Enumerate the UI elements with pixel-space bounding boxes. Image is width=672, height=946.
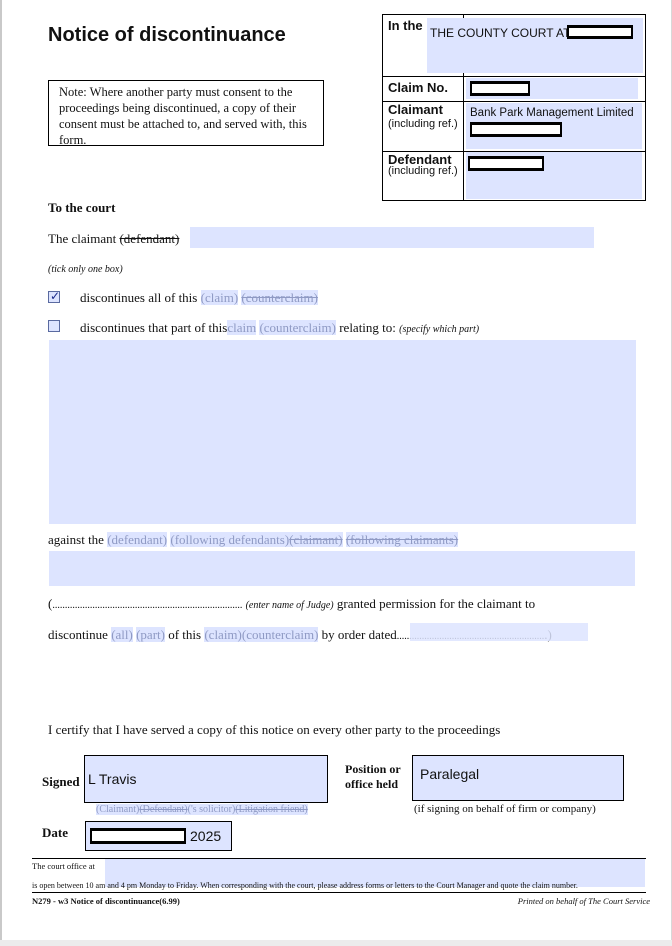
footer-rule-2 (32, 892, 646, 893)
printed-on-behalf: Printed on behalf of The Court Service (518, 896, 650, 906)
discontinue-all-option[interactable]: (all) (111, 627, 133, 642)
claim-no-label: Claim No. (388, 80, 448, 95)
signer-roles: (Claimant)(Defendant)('s solicitor)(Liti… (96, 804, 308, 815)
granted-text: granted permission for the claimant to (337, 596, 535, 611)
role-defendant[interactable]: (Defendant) (139, 804, 187, 815)
position-field[interactable]: Paralegal (412, 755, 624, 801)
signed-label: Signed (42, 774, 80, 790)
option-part-text: discontinues that part of this (80, 320, 227, 335)
consent-note: Note: Where another party must consent t… (48, 80, 324, 146)
date-label: Date (42, 825, 68, 841)
to-the-court-heading: To the court (48, 200, 115, 216)
position-label-line1: Position or (345, 762, 401, 777)
order-date-field[interactable] (410, 623, 588, 641)
date-year: 2025 (190, 828, 221, 844)
option-all-line: discontinues all of this (claim) (counte… (80, 290, 318, 306)
by-order-text: by order dated (322, 627, 397, 642)
signature-field[interactable]: L Travis (84, 755, 328, 803)
judge-hint: (enter name of Judge) (246, 600, 334, 611)
page-left-edge (0, 0, 2, 946)
discontinue-all-checkbox[interactable]: ✓ (48, 291, 60, 303)
option-all-claim[interactable]: (claim) (201, 290, 239, 305)
option-part-hint: (specify which part) (399, 324, 479, 335)
claimant-row: Claimant (including ref.) Bank Park Mana… (383, 101, 645, 152)
court-name-value: THE COUNTY COURT AT (430, 26, 570, 40)
option-part-counterclaim[interactable]: (counterclaim) (259, 320, 336, 335)
part-details-textarea[interactable] (49, 340, 636, 524)
tick-hint: (tick only one box) (48, 264, 123, 275)
court-details-table: In the THE COUNTY COURT AT Claim No. Cla… (382, 14, 646, 201)
in-the-label: In the (388, 18, 423, 33)
redacted-court-name (567, 25, 633, 39)
form-code: N279 - w3 Notice of discontinuance(6.99) (32, 896, 180, 906)
party-name-field[interactable] (190, 227, 594, 248)
claim-no-row: Claim No. (383, 76, 645, 102)
claimant-label: Claimant (388, 102, 443, 117)
option-part-line: discontinues that part of thisclaim (cou… (80, 320, 479, 336)
in-the-row: In the THE COUNTY COURT AT (383, 15, 645, 77)
column-divider (463, 151, 464, 200)
party-defendant-struck: (defendant) (119, 231, 179, 246)
certify-statement: I certify that I have served a copy of t… (48, 722, 500, 738)
role-litigation-friend[interactable]: (Litigation friend) (235, 804, 307, 815)
redacted-date (90, 828, 186, 844)
against-defendant[interactable]: (defendant) (107, 532, 167, 547)
redacted-claim-no (470, 81, 530, 96)
defendant-field[interactable] (466, 152, 642, 199)
court-name-field[interactable]: THE COUNTY COURT AT (427, 18, 643, 73)
role-solicitor[interactable]: ('s solicitor) (188, 804, 236, 815)
page-title: Notice of discontinuance (48, 24, 286, 47)
checkmark-icon: ✓ (50, 289, 60, 303)
against-prefix: against the (48, 532, 104, 547)
defendant-row: Defendant (including ref.) (383, 151, 645, 200)
option-part-suffix: relating to: (339, 320, 396, 335)
against-claimant[interactable]: (claimant) (289, 532, 342, 547)
claimant-field[interactable]: Bank Park Management Limited (466, 103, 642, 149)
claimant-value: Bank Park Management Limited (470, 107, 634, 119)
discontinue-part-checkbox[interactable] (48, 320, 60, 332)
of-this-text: of this (168, 627, 201, 642)
claim-counterclaim-option[interactable]: (claim)(counterclaim) (204, 627, 318, 642)
claim-no-field[interactable] (466, 78, 638, 99)
signature-value: L Travis (88, 771, 137, 787)
defendant-sub-label: (including ref.) (388, 165, 458, 177)
court-office-label: The court office at (32, 861, 95, 871)
redacted-defendant (468, 156, 544, 171)
party-line: The claimant (defendant) (48, 231, 179, 247)
against-line: against the (defendant) (following defen… (48, 532, 458, 548)
position-label: Position or office held (345, 762, 401, 792)
column-divider (463, 101, 464, 151)
against-names-field[interactable] (49, 551, 635, 586)
option-all-text: discontinues all of this (80, 290, 197, 305)
role-claimant[interactable]: (Claimant) (96, 804, 139, 815)
column-divider (463, 76, 464, 101)
against-following-claimants[interactable]: (following claimants) (346, 532, 458, 547)
position-hint: (if signing on behalf of firm or company… (414, 803, 596, 815)
claimant-sub-label: (including ref.) (388, 118, 458, 130)
against-following-defendants[interactable]: (following defendants) (170, 532, 289, 547)
discontinue-part-option[interactable]: (part) (136, 627, 165, 642)
permission-line: (.......................................… (48, 596, 535, 612)
office-hours-text: is open between 10 am and 4 pm Monday to… (32, 881, 578, 890)
position-value: Paralegal (420, 766, 479, 782)
party-claimant: The claimant (48, 231, 116, 246)
option-part-claim[interactable]: claim (227, 320, 256, 335)
redacted-claimant-ref (470, 122, 562, 137)
position-label-line2: office held (345, 777, 401, 792)
discontinue-text: discontinue (48, 627, 108, 642)
option-all-counterclaim[interactable]: (counterclaim) (241, 290, 318, 305)
date-field[interactable]: 2025 (85, 821, 232, 851)
page-bottom-edge (0, 940, 672, 946)
judge-dots: ........................................… (52, 600, 242, 611)
